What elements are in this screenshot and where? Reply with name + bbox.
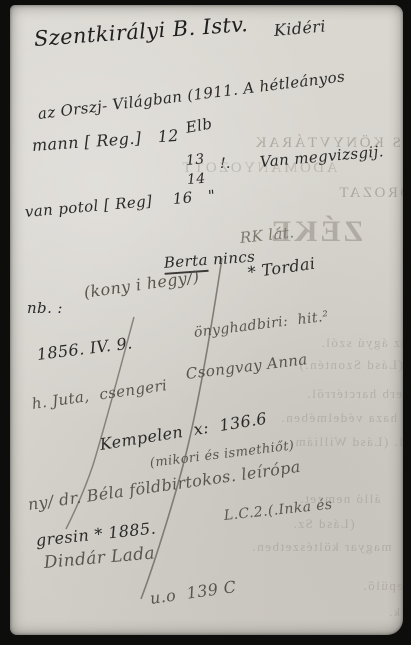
handwritten-ditto-mark: !. (220, 157, 231, 171)
showthrough-text-line9: repülő. (362, 579, 403, 592)
showthrough-text-line8: magyar költészetben. (251, 540, 391, 553)
showthrough-text-line4: a haza védelmében. (280, 411, 403, 424)
handwritten-date-line: 1856. IV. 9. (36, 335, 133, 363)
handwritten-reg-note: Elb (185, 117, 214, 136)
handwritten-dindar-line: Dindár Lada (43, 545, 155, 572)
handwritten-nb-label: nb. : (27, 301, 63, 316)
showthrough-text-line5: ől. (Lásd Williám (294, 435, 403, 448)
handwritten-tordai-note: * Tordai (247, 256, 316, 281)
handwritten-name-line: Szentkirályi B. Istv. (33, 14, 249, 50)
handwritten-journal-line: az Orszj- Világban (1911. A hétleányos (37, 69, 346, 122)
handwritten-name-suffix: Kidéri (273, 19, 326, 39)
handwritten-juta-line: h. Juta, csengeri (31, 378, 168, 412)
handwritten-reg-line2: van potol [ Reg] 16 " (24, 188, 216, 220)
showthrough-text-line1: az ágyú szól. (320, 336, 403, 349)
handwritten-date-note: önyghadbiri: hit.² (193, 310, 329, 340)
scanned-page: S KÖNYVTÁRAK ADOMÁNYOZOTT OROZAT ZÉKE az… (0, 0, 411, 645)
showthrough-text-line10: ik. (388, 606, 403, 618)
handwritten-csongvay-note: Csongvay Anna (185, 352, 308, 382)
showthrough-text-line7: (Lásd Sz. (292, 517, 355, 530)
handwritten-number-13: 13 (185, 152, 205, 168)
showthrough-text-line2: (Lásd Szontén.) (298, 358, 403, 371)
handwritten-reg-line1: mann [ Reg.] 12 (31, 128, 179, 154)
showthrough-series-title-line3: OROZAT (337, 186, 403, 201)
handwritten-paren-note: (kony i hegy/) (83, 269, 201, 301)
paper-card: S KÖNYVTÁRAK ADOMÁNYOZOTT OROZAT ZÉKE az… (10, 5, 403, 635)
handwritten-ref-number: u.o 139 C (149, 579, 237, 607)
handwritten-number-14: 14 (187, 172, 207, 187)
showthrough-text-line3: zerb harctérről. (306, 387, 403, 400)
